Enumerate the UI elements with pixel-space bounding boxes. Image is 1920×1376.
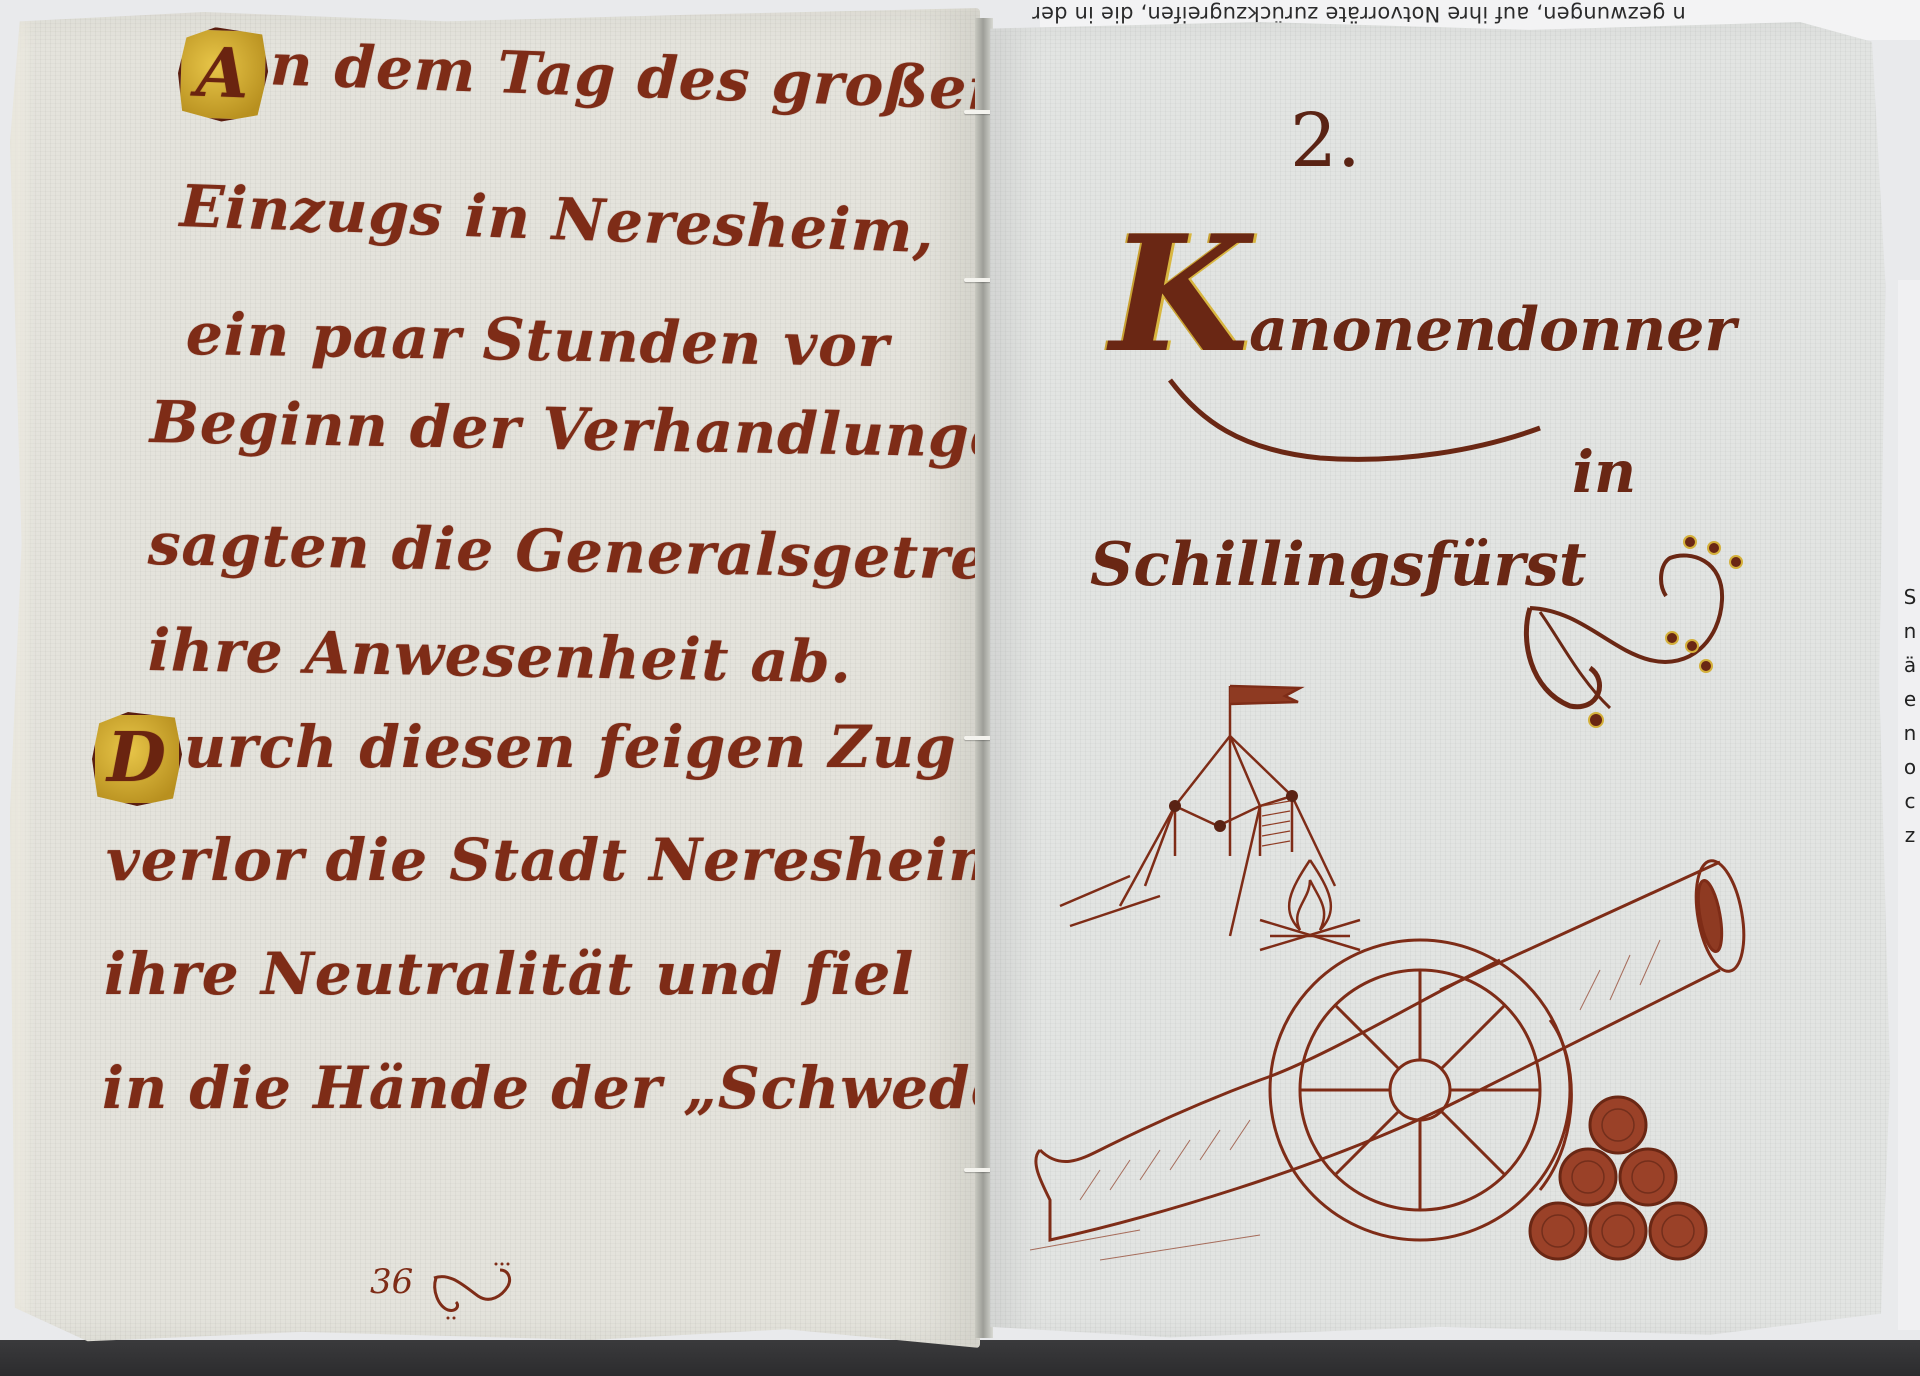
title-underline-swash-icon <box>1160 380 1560 470</box>
illuminated-initial-a: A <box>176 26 269 123</box>
text-line-6: ihre Anwesenheit ab. <box>147 616 852 696</box>
cannonball-pyramid-icon <box>1518 1095 1718 1265</box>
chapter-number: 2. <box>1290 98 1361 184</box>
page-number-swash-icon <box>430 1256 520 1326</box>
swash-ornament-icon <box>1500 520 1740 720</box>
upside-down-print-text: n gezwungen, auf ihre Notvorräte zurückz… <box>1032 2 1912 26</box>
text-line-9: ihre Neutralität und fiel <box>104 940 914 1008</box>
text-line-10: in die Hände der „Schweden". <box>102 1054 1104 1122</box>
chapter-title-line-2: in <box>1572 438 1636 506</box>
text-line-3: ein paar Stunden vor <box>185 300 890 380</box>
background-right-sheet: S n ä e n o c z <box>1898 280 1920 1330</box>
gilded-initial-k: K <box>1110 200 1249 388</box>
chapter-title-line-1: Kanonendonner <box>1110 200 1736 388</box>
page-number: 36 <box>370 1262 413 1302</box>
text-line-7: Durch diesen feigen Zug <box>92 712 957 806</box>
illuminated-initial-d: D <box>92 712 182 806</box>
text-line-8: verlor die Stadt Neresheim <box>106 826 1011 894</box>
right-edge-letters: S n ä e n o c z <box>1902 580 1918 852</box>
